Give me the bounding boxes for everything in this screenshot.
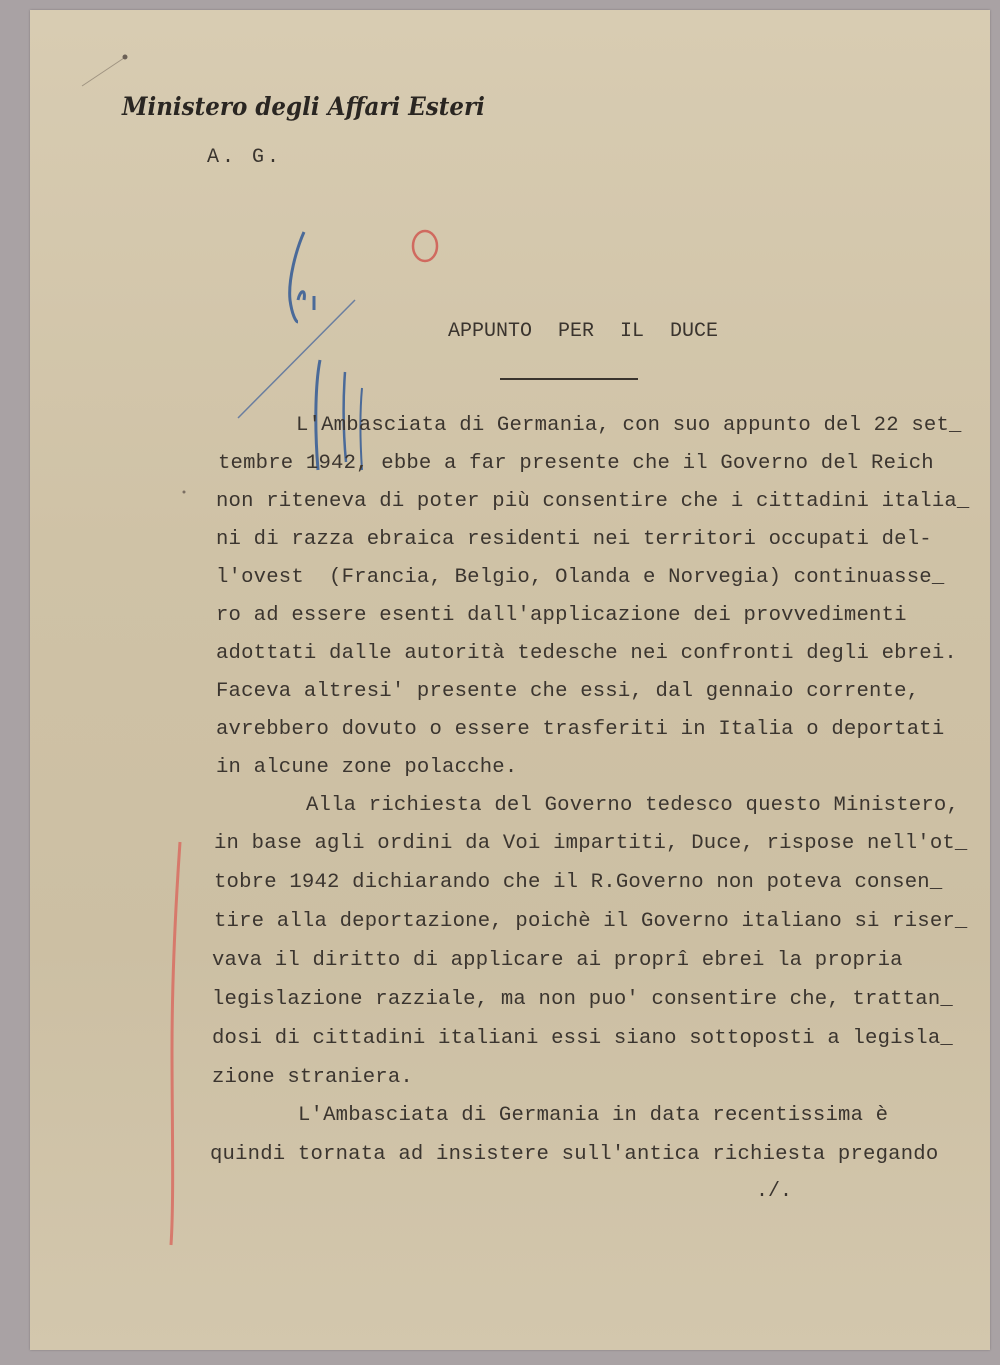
body-line: L'Ambasciata di Germania in data recenti… bbox=[298, 1104, 888, 1127]
title-underline bbox=[500, 378, 638, 380]
body-line: legislazione razziale, ma non puo' conse… bbox=[212, 988, 953, 1011]
body-line: L'Ambasciata di Germania, con suo appunt… bbox=[296, 414, 962, 437]
body-line: avrebbero dovuto o essere trasferiti in … bbox=[216, 718, 944, 741]
body-line: tire alla deportazione, poichè il Govern… bbox=[214, 910, 968, 933]
body-line: adottati dalle autorità tedesche nei con… bbox=[216, 642, 957, 665]
body-line: l'ovest (Francia, Belgio, Olanda e Norve… bbox=[216, 566, 944, 589]
body-line: quindi tornata ad insistere sull'antica … bbox=[210, 1143, 938, 1166]
body-line: Alla richiesta del Governo tedesco quest… bbox=[306, 794, 959, 817]
body-line: ni di razza ebraica residenti nei territ… bbox=[216, 528, 932, 551]
body-line: vava il diritto di applicare ai proprî e… bbox=[212, 949, 903, 972]
body-line: dosi di cittadini italiani essi siano so… bbox=[212, 1027, 953, 1050]
body-line: tobre 1942 dichiarando che il R.Governo … bbox=[214, 871, 942, 894]
continuation-mark: ./. bbox=[756, 1180, 792, 1203]
body-line: in base agli ordini da Voi impartiti, Du… bbox=[214, 832, 968, 855]
document-title: APPUNTO PER IL DUCE bbox=[448, 320, 718, 343]
body-line: non riteneva di poter più consentire che… bbox=[216, 490, 970, 513]
office-code: A. G. bbox=[207, 146, 282, 169]
body-line: Faceva altresi' presente che essi, dal g… bbox=[216, 680, 919, 703]
body-line: zione straniera. bbox=[212, 1066, 413, 1089]
letterhead: Ministero degli Affari Esteri bbox=[122, 92, 485, 121]
body-line: tembre 1942, ebbe a far presente che il … bbox=[218, 452, 934, 475]
body-line: ro ad essere esenti dall'applicazione de… bbox=[216, 604, 907, 627]
body-line: in alcune zone polacche. bbox=[216, 756, 517, 779]
